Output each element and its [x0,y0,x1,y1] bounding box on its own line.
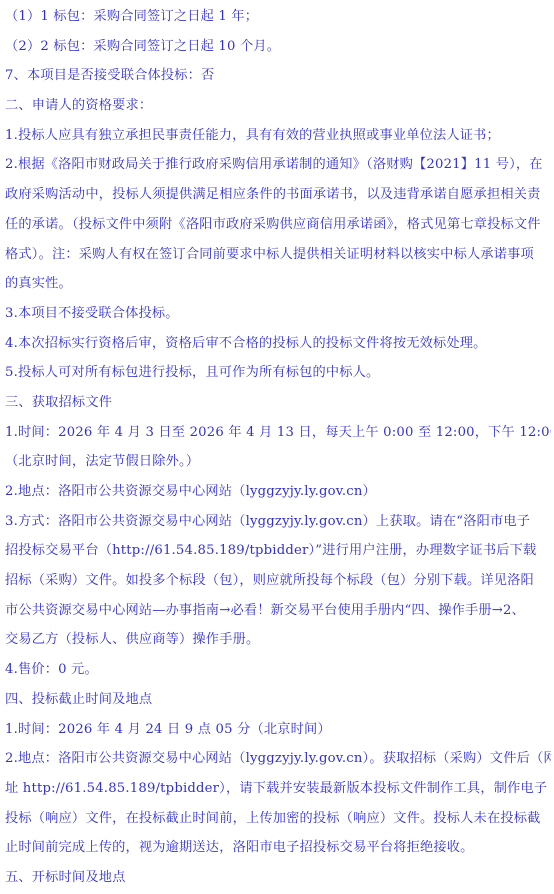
document-text-line: 交易乙方（投标人、供应商等）操作手册。 [5,625,551,655]
document-text-line: 市公共资源交易中心网站—办事指南→必看！新交易平台使用手册内“四、操作手册→2、 [5,596,551,626]
document-text-line: 2.根据《洛阳市财政局关于推行政府采购信用承诺制的通知》（洛财购【2021】11… [5,150,551,180]
document-text-line: 投标（响应）文件，在投标截止时间前，上传加密的投标（响应）文件。投标人未在投标截 [5,804,551,834]
document-text-line: 1.时间：2026 年 4 月 3 日至 2026 年 4 月 13 日，每天上… [5,418,551,448]
document-text-line: 3.本项目不接受联合体投标。 [5,299,551,329]
document-text-line: 的真实性。 [5,269,551,299]
document-text-line: 2.地点：洛阳市公共资源交易中心网站（lyggzyjy.ly.gov.cn） [5,477,551,507]
notice-document: （1）1 标包：采购合同签订之日起 1 年；（2）2 标包：采购合同签订之日起 … [0,0,554,894]
document-text-line: 四、投标截止时间及地点 [5,685,551,715]
document-text-line: 任的承诺。（投标文件中须附《洛阳市政府采购供应商信用承诺函》，格式见第七章投标文… [5,210,551,240]
document-text-line: 2.地点：洛阳市公共资源交易中心网站（lyggzyjy.ly.gov.cn）。获… [5,744,551,774]
document-text-line: 招标（采购）文件。如投多个标段（包），则应就所投每个标段（包）分别下载。详见洛阳 [5,566,551,596]
document-text-line: 格式）。注：采购人有权在签订合同前要求中标人提供相关证明材料以核实中标人承诺事项 [5,240,551,270]
document-text-line: 3.方式：洛阳市公共资源交易中心网站（lyggzyjy.ly.gov.cn）上获… [5,507,551,537]
document-text-line: 4.售价：0 元。 [5,655,551,685]
document-text-line: （1）1 标包：采购合同签订之日起 1 年； [5,2,551,32]
document-text-line: 招投标交易平台（http://61.54.85.189/tpbidder）”进行… [5,536,551,566]
document-text-line: 4.本次招标实行资格后审，资格后审不合格的投标人的投标文件将按无效标处理。 [5,329,551,359]
document-text-line: （北京时间，法定节假日除外。） [5,447,551,477]
document-text-line: 1.时间：2026 年 4 月 24 日 9 点 05 分（北京时间） [5,715,551,745]
document-text-line: 止时间前完成上传的，视为逾期送达，洛阳市电子招投标交易平台将拒绝接收。 [5,833,551,863]
document-text-line: 1.投标人应具有独立承担民事责任能力，具有有效的营业执照或事业单位法人证书； [5,121,551,151]
document-text-line: 五、开标时间及地点 [5,863,551,893]
document-text-line: 三、获取招标文件 [5,388,551,418]
document-text-line: （2）2 标包：采购合同签订之日起 10 个月。 [5,32,551,62]
document-text-line: 7、本项目是否接受联合体投标：否 [5,61,551,91]
document-text-line: 二、申请人的资格要求： [5,91,551,121]
document-text-line: 政府采购活动中，投标人须提供满足相应条件的书面承诺书，以及违背承诺自愿承担相关责 [5,180,551,210]
document-text-line: 5.投标人可对所有标包进行投标，且可作为所有标包的中标人。 [5,358,551,388]
document-text-line: 址 http://61.54.85.189/tpbidder），请下载并安装最新… [5,774,551,804]
